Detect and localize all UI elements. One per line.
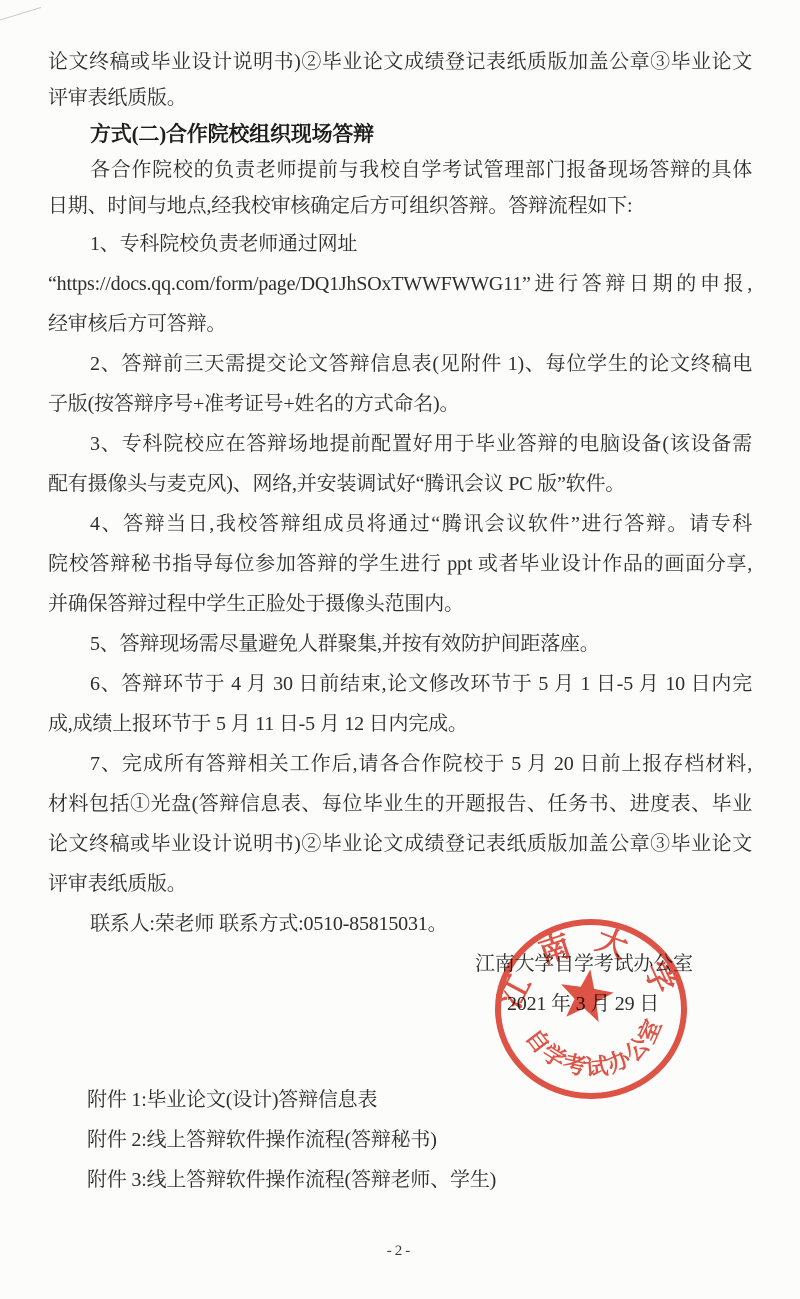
paragraph-line: 6、答辩环节于 4 月 30 日前结束,论文修改环节于 5 月 1 日-5 月 …	[48, 664, 752, 704]
paragraph-line: 成,成绩上报环节于 5 月 11 日-5 月 12 日内完成。	[48, 704, 752, 744]
paragraph-line: 3、专科院校应在答辩场地提前配置好用于毕业答辩的电脑设备(该设备需	[48, 424, 752, 464]
paragraph-line: 院校答辩秘书指导每位参加答辩的学生进行 ppt 或者毕业设计作品的画面分享,	[48, 544, 752, 584]
paragraph-line: 材料包括①光盘(答辩信息表、每位毕业生的开题报告、任务书、进度表、毕业	[48, 784, 752, 824]
url-line: “https://docs.qq.com/form/page/DQ1JhSOxT…	[48, 264, 752, 304]
paragraph-line: 各合作院校的负责老师提前与我校自学考试管理部门报备现场答辩的具体	[48, 152, 752, 188]
seal-star-icon	[556, 965, 616, 1023]
paragraph-line: 子版(按答辩序号+准考证号+姓名的方式命名)。	[48, 384, 752, 424]
attachment-item: 附件 3:线上答辩软件操作流程(答辩老师、学生)	[48, 1160, 752, 1200]
paragraph-line: 经审核后方可答辩。	[48, 304, 752, 344]
section-heading: 方式(二)合作院校组织现场答辩	[48, 116, 752, 152]
paragraph-line: 论文终稿或毕业设计说明书)②毕业论文成绩登记表纸质版加盖公章③毕业论文	[48, 44, 752, 80]
paragraph-line: 评审表纸质版。	[48, 864, 752, 904]
paragraph-line: 并确保答辩过程中学生正脸处于摄像头范围内。	[48, 584, 752, 624]
official-seal: 江南大学 自学考试办公室	[492, 916, 692, 1104]
paragraph-line: 2、答辩前三天需提交论文答辩信息表(见附件 1)、每位学生的论文终稿电	[48, 344, 752, 384]
paragraph-line: 评审表纸质版。	[48, 80, 752, 116]
seal-office-text: 自学考试办公室	[521, 1014, 667, 1081]
attachment-item: 附件 2:线上答辩软件操作流程(答辩秘书)	[48, 1120, 752, 1160]
page-number: -2-	[0, 1243, 800, 1260]
paragraph-line: 4、答辩当日,我校答辩组成员将通过“腾讯会议软件”进行答辩。请专科	[48, 504, 752, 544]
paragraph-line: 7、完成所有答辩相关工作后,请各合作院校于 5 月 20 日前上报存档材料,	[48, 744, 752, 784]
paragraph-line: 论文终稿或毕业设计说明书)②毕业论文成绩登记表纸质版加盖公章③毕业论文	[48, 824, 752, 864]
paragraph-line: 5、答辩现场需尽量避免人群聚集,并按有效防护间距落座。	[48, 624, 752, 664]
scan-corner-artifact	[0, 7, 41, 22]
paragraph-line: 日期、时间与地点,经我校审核确定后方可组织答辩。答辩流程如下:	[48, 188, 752, 224]
scanned-document-page: 论文终稿或毕业设计说明书)②毕业论文成绩登记表纸质版加盖公章③毕业论文 评审表纸…	[0, 0, 800, 1299]
paragraph-line: 1、专科院校负责老师通过网址	[48, 224, 752, 264]
paragraph-line: 配有摄像头与麦克风)、网络,并安装调试好“腾讯会议 PC 版”软件。	[48, 464, 752, 504]
